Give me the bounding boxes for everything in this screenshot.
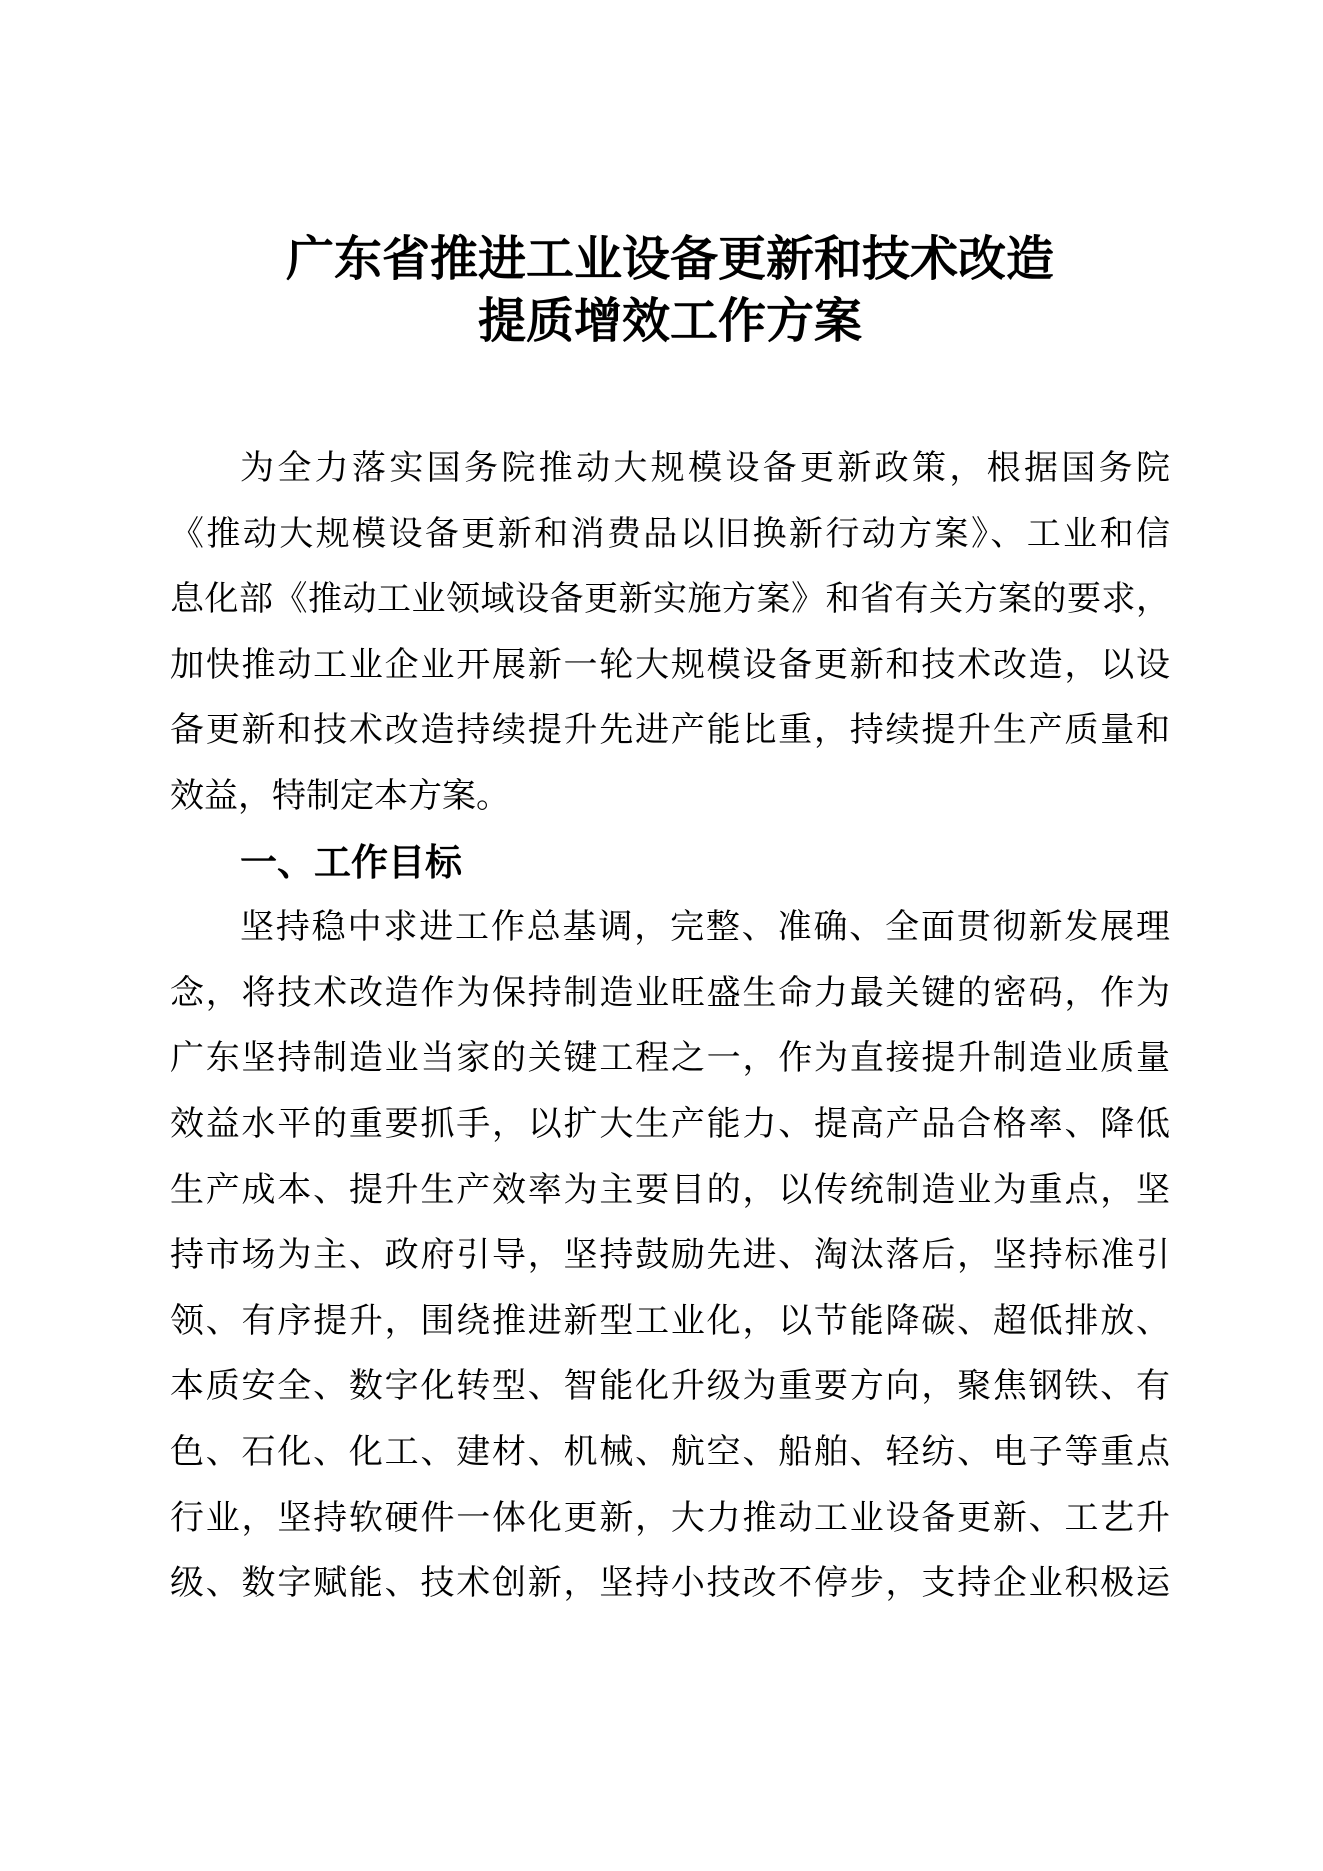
body-line: 效益水平的重要抓手，以扩大生产能力、提高产品合格率、降低 [170, 1092, 1170, 1158]
body-line: 生产成本、提升生产效率为主要目的，以传统制造业为重点，坚 [170, 1158, 1170, 1224]
body-line: 行业，坚持软硬件一体化更新，大力推动工业设备更新、工艺升 [170, 1486, 1170, 1552]
body-line: 《推动大规模设备更新和消费品以旧换新行动方案》、工业和信 [170, 502, 1170, 568]
document-title: 广东省推进工业设备更新和技术改造 提质增效工作方案 [170, 229, 1170, 353]
title-line-1: 广东省推进工业设备更新和技术改造 [170, 229, 1170, 291]
body-line: 为全力落实国务院推动大规模设备更新政策，根据国务院 [170, 436, 1170, 502]
body-line: 级、数字赋能、技术创新，坚持小技改不停步，支持企业积极运 [170, 1551, 1170, 1617]
body-line: 念，将技术改造作为保持制造业旺盛生命力最关键的密码，作为 [170, 961, 1170, 1027]
body-line: 持市场为主、政府引导，坚持鼓励先进、淘汰落后，坚持标准引 [170, 1223, 1170, 1289]
body-line: 本质安全、数字化转型、智能化升级为重要方向，聚焦钢铁、有 [170, 1354, 1170, 1420]
body-line: 加快推动工业企业开展新一轮大规模设备更新和技术改造，以设 [170, 633, 1170, 699]
document-page: 广东省推进工业设备更新和技术改造 提质增效工作方案 为全力落实国务院推动大规模设… [0, 0, 1323, 1871]
section-heading-work-goals: 一、工作目标 [170, 830, 1170, 896]
body-line: 息化部《推动工业领域设备更新实施方案》和省有关方案的要求， [170, 567, 1170, 633]
body-line: 备更新和技术改造持续提升先进产能比重，持续提升生产质量和 [170, 698, 1170, 764]
paragraph-1: 为全力落实国务院推动大规模设备更新政策，根据国务院 《推动大规模设备更新和消费品… [170, 436, 1170, 830]
body-line: 色、石化、化工、建材、机械、航空、船舶、轻纺、电子等重点 [170, 1420, 1170, 1486]
body-line: 效益，特制定本方案。 [170, 764, 1170, 830]
paragraph-2: 坚持稳中求进工作总基调，完整、准确、全面贯彻新发展理 念，将技术改造作为保持制造… [170, 895, 1170, 1617]
body-line: 坚持稳中求进工作总基调，完整、准确、全面贯彻新发展理 [170, 895, 1170, 961]
document-content: 广东省推进工业设备更新和技术改造 提质增效工作方案 为全力落实国务院推动大规模设… [170, 229, 1170, 1617]
title-line-2: 提质增效工作方案 [170, 291, 1170, 353]
body-line: 领、有序提升，围绕推进新型工业化，以节能降碳、超低排放、 [170, 1289, 1170, 1355]
document-body: 为全力落实国务院推动大规模设备更新政策，根据国务院 《推动大规模设备更新和消费品… [170, 436, 1170, 1617]
body-line: 广东坚持制造业当家的关键工程之一，作为直接提升制造业质量 [170, 1026, 1170, 1092]
